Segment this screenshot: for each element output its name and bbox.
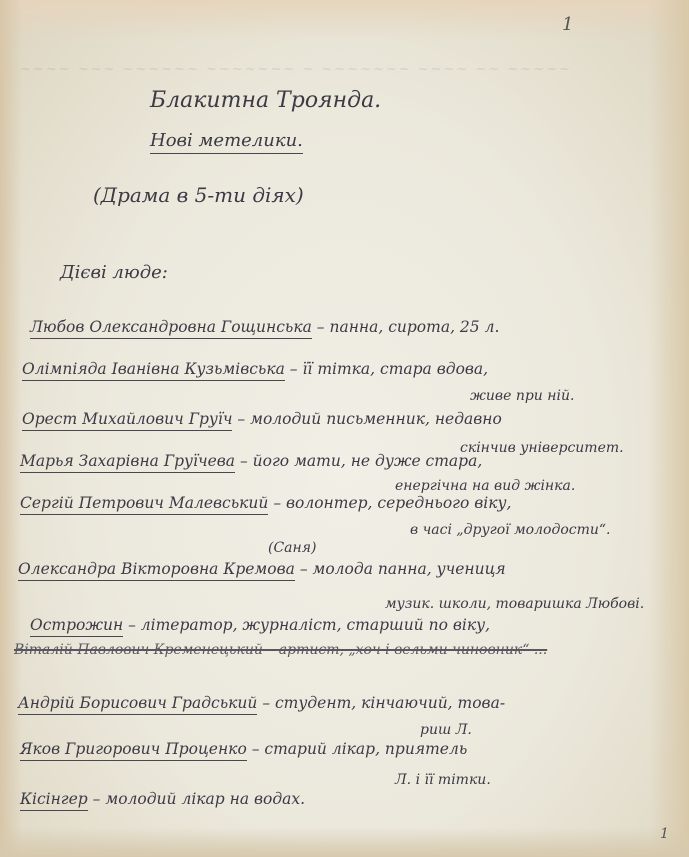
character-description-continued: Л. і її тітки. [395, 772, 491, 788]
character-description: – старий лікар, приятель [252, 740, 468, 758]
cast-heading: Дієві люде: [60, 262, 168, 283]
character-description-continued: риш Л. [420, 722, 472, 738]
character-row: Кісінгер – молодий лікар на водах. [20, 790, 305, 808]
subtitle-text: Нові метелики. [150, 130, 303, 154]
character-row: Яков Григорович Проценко – старий лікар,… [20, 740, 467, 758]
character-row: Орест Михайлович Груїч – молодий письмен… [22, 410, 502, 428]
page-number: 1 [562, 14, 573, 35]
play-subtitle: Нові метелики. [150, 130, 303, 151]
character-row: Острожин – літератор, журналіст, старший… [30, 616, 490, 634]
character-description: – волонтер, середнього віку, [273, 494, 511, 512]
character-description-continued: живе при ній. [470, 388, 574, 404]
character-name: Острожин [30, 616, 123, 637]
character-name: Олександра Вікторовна Кремова [18, 560, 295, 581]
character-name: Марья Захарівна Груїчева [20, 452, 235, 473]
character-description-continued: енергічна на вид жінка. [395, 478, 575, 494]
play-genre: (Драма в 5-ти діях) [93, 183, 304, 207]
character-description: – літератор, журналіст, старший по віку, [128, 616, 490, 634]
character-description-continued: в часі „другої молодости“. [410, 522, 610, 538]
character-row: Любов Олександровна Гощинська – панна, с… [30, 318, 499, 336]
character-name: Орест Михайлович Груїч [22, 410, 232, 431]
character-row: Олімпіяда Іванівна Кузьмівська – її тітк… [22, 360, 488, 378]
bleed-through-text: ~~~~ ~~~ ~~~~~~ ~~~~~~~ ~ ~~~~~~~ ~~~~ ~… [20, 62, 572, 77]
character-name: Сергій Петрович Малевський [20, 494, 268, 515]
paper-edge-top [0, 0, 689, 40]
character-description: – його мати, не дуже стара, [240, 452, 482, 470]
character-description: – молода панна, учениця [300, 560, 506, 578]
character-row: Андрій Борисович Градський – студент, кі… [18, 694, 505, 712]
paper-edge-right [649, 0, 689, 857]
character-name: Кісінгер [20, 790, 88, 811]
character-description: – студент, кінчаючий, това- [262, 694, 505, 712]
manuscript-page: ~~~~ ~~~ ~~~~~~ ~~~~~~~ ~ ~~~~~~~ ~~~~ ~… [0, 0, 689, 857]
character-description: – молодий письменник, недавно [237, 410, 501, 428]
play-title: Блакитна Троянда. [150, 88, 381, 113]
character-description-continued: скінчив університет. [460, 440, 624, 456]
character-row: Марья Захарівна Груїчева – його мати, не… [20, 452, 482, 470]
character-description: – її тітка, стара вдова, [290, 360, 488, 378]
character-description-continued: музик. школи, товаришка Любові. [385, 596, 644, 612]
struck-character-line: Віталій Павлович Кременецький – артист, … [14, 642, 547, 658]
character-name: Любов Олександровна Гощинська [30, 318, 312, 339]
character-description: – панна, сирота, 25 л. [317, 318, 500, 336]
page-number-bottom: 1 [660, 826, 669, 842]
character-description: – молодий лікар на водах. [93, 790, 305, 808]
paper-edge-bottom [0, 827, 689, 857]
character-name: Олімпіяда Іванівна Кузьмівська [22, 360, 285, 381]
character-row: Олександра Вікторовна Кремова – молода п… [18, 560, 506, 578]
character-name: Андрій Борисович Градський [18, 694, 257, 715]
paper-edge-left [0, 0, 22, 857]
character-name: Яков Григорович Проценко [20, 740, 247, 761]
character-name-annotation: (Саня) [268, 540, 316, 556]
character-row: Сергій Петрович Малевський – волонтер, с… [20, 494, 511, 512]
